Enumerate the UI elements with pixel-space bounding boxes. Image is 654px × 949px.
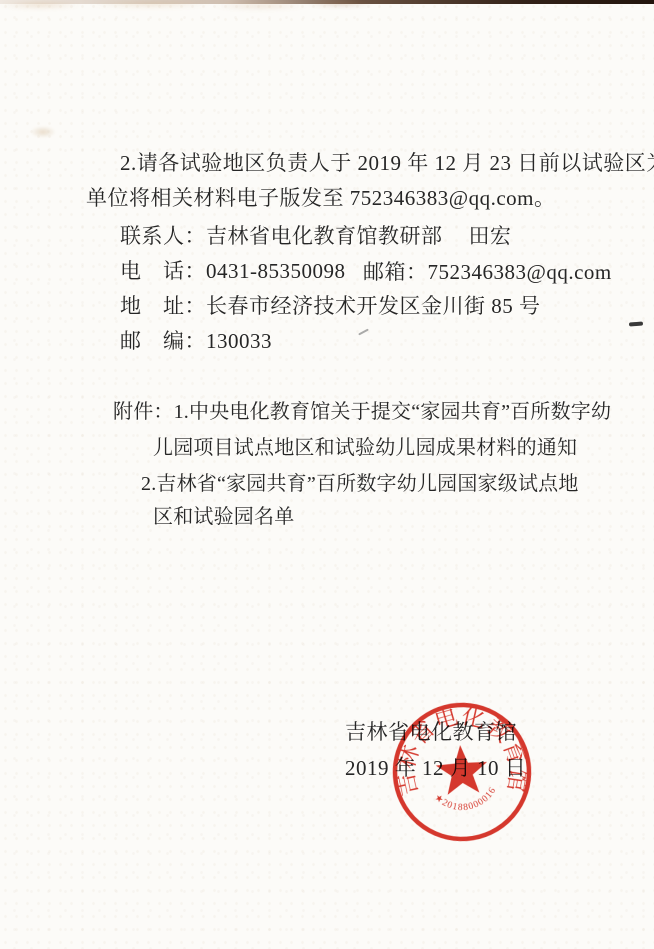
email-row: 邮箱：752346383@qq.com	[363, 259, 612, 285]
postcode-row: 邮 编：130033	[120, 328, 272, 354]
phone-row: 电 话：0431-85350098	[120, 258, 346, 284]
address-label: 地 址：	[120, 294, 206, 318]
contact-label: 联系人：	[120, 224, 206, 248]
official-seal: 吉林省电化教育馆 ★201880000163	[377, 687, 548, 858]
seal-star	[434, 743, 489, 795]
attachment-2-line-1: 2.吉林省“家园共育”百所数字幼儿园国家级试点地	[141, 471, 579, 497]
scan-artifact-slash	[358, 329, 369, 336]
postcode-label: 邮 编：	[120, 329, 206, 353]
phone-label: 电 话：	[120, 259, 206, 283]
address-value: 长春市经济技术开发区金川街 85 号	[206, 294, 541, 318]
email-value: 752346383@qq.com	[428, 260, 612, 284]
attachment-2-line-2: 区和试验园名单	[153, 504, 294, 530]
phone-value: 0431-85350098	[206, 259, 346, 283]
contact-person: 田宏	[469, 224, 512, 248]
contact-value: 吉林省电化教育馆教研部	[206, 224, 443, 248]
scan-edge-noise	[0, 1, 400, 17]
postcode-value: 130033	[206, 329, 272, 353]
paragraph-line-2: 单位将相关材料电子版发至 752346383@qq.com。	[86, 185, 556, 211]
attachment-1-line-2: 儿园项目试点地区和试验幼儿园成果材料的通知	[153, 435, 577, 461]
address-row: 地 址：长春市经济技术开发区金川街 85 号	[120, 293, 541, 319]
attachment-1-line-1: 1.中央电化教育馆关于提交“家园共育”百所数字幼	[174, 401, 612, 423]
email-label: 邮箱：	[363, 260, 428, 284]
attachment-row-1: 附件：1.中央电化教育馆关于提交“家园共育”百所数字幼	[113, 399, 611, 425]
contact-row: 联系人：吉林省电化教育馆教研部田宏	[120, 223, 512, 249]
scan-artifact-blob	[30, 126, 56, 138]
paragraph-line-1: 2.请各试验地区负责人于 2019 年 12 月 23 日前以试验区为	[120, 150, 654, 176]
scanned-document-page: 2.请各试验地区负责人于 2019 年 12 月 23 日前以试验区为 单位将相…	[0, 0, 654, 949]
scan-artifact-dash	[629, 322, 643, 327]
attachments-label: 附件：	[113, 401, 174, 423]
